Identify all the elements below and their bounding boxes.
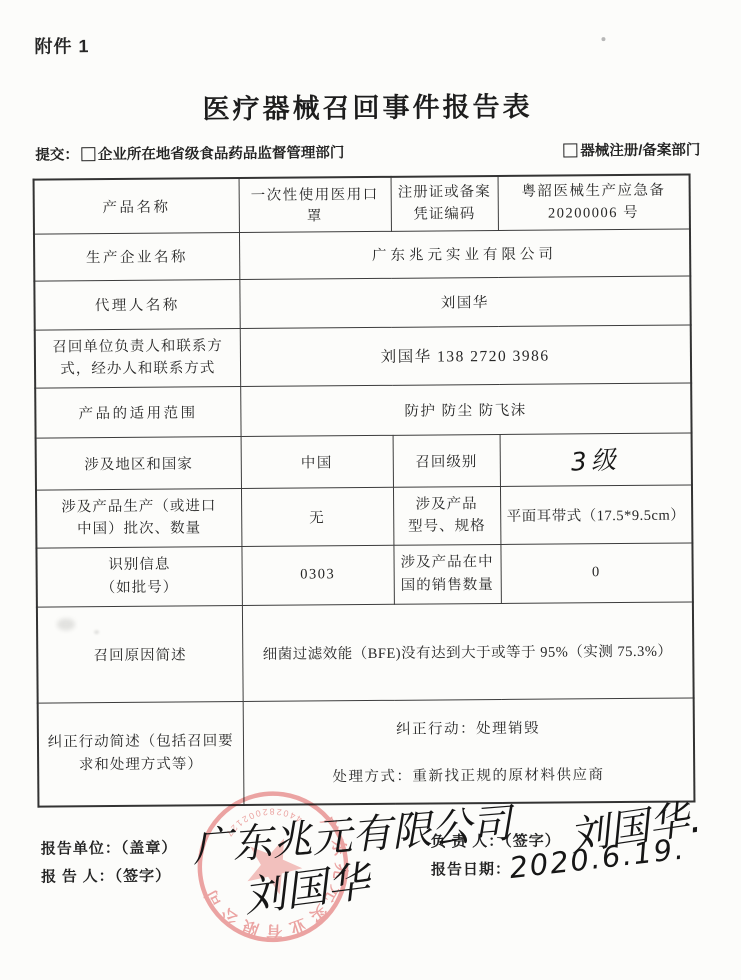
registration-code-label-line2: 凭证编码 xyxy=(395,203,493,226)
recall-contact-label-line1: 召回单位负责人和联系方 xyxy=(40,335,236,359)
regions-value: 中国 xyxy=(241,435,393,488)
table-row-batches: 涉及产品生产（或进口 中国）批次、数量 无 涉及产品 型号、规格 平面耳带式（1… xyxy=(36,484,692,547)
table-row-scope: 产品的适用范围 防护 防尘 防飞沫 xyxy=(35,382,691,437)
submit-option-provincial: 提交： 企业所在地省级食品药品监督管理部门 xyxy=(35,141,344,164)
registration-code-value-line2: 20200006 号 xyxy=(502,202,685,226)
table-row-agent: 代理人名称 刘国华 xyxy=(34,275,690,329)
recall-contact-label-line2: 式，经办人和联系方式 xyxy=(40,357,236,381)
applicable-scope-value: 防护 防尘 防飞沫 xyxy=(240,382,691,436)
report-date-label: 报告日期： xyxy=(431,858,511,880)
table-row-corrective: 纠正行动简述（包括召回要 求和处理方式等） 纠正行动：处理销毁 处理方式：重新找… xyxy=(38,697,695,806)
identification-label-line2: （如批号） xyxy=(42,576,238,600)
scan-speck xyxy=(601,37,605,41)
manufacturer-label: 生产企业名称 xyxy=(34,232,239,281)
recall-contact-value: 刘国华 138 2720 3986 xyxy=(240,324,691,386)
model-spec-label: 涉及产品 型号、规格 xyxy=(393,486,500,545)
regions-label: 涉及地区和国家 xyxy=(36,436,241,490)
china-sales-label-line2: 国的销售数量 xyxy=(398,574,496,597)
submit-line: 提交： 企业所在地省级食品药品监督管理部门 器械注册/备案部门 xyxy=(35,138,700,164)
corrective-action-label-line1: 纠正行动简述（包括召回要 xyxy=(43,730,239,754)
recall-contact-label: 召回单位负责人和联系方 式，经办人和联系方式 xyxy=(35,328,240,388)
batches-value: 无 xyxy=(241,487,393,546)
registration-code-value: 粤韶医械生产应急备 20200006 号 xyxy=(498,174,690,230)
table-row-product: 产品名称 一次性使用医用口罩 注册证或备案 凭证编码 粤韶医械生产应急备 202… xyxy=(34,174,690,233)
page-title: 医疗器械召回事件报告表 xyxy=(0,83,738,128)
product-name-label: 产品名称 xyxy=(34,178,239,234)
handwritten-recall-level: 3级 xyxy=(570,440,621,479)
applicable-scope-label: 产品的适用范围 xyxy=(35,386,240,438)
identification-label: 识别信息 （如批号） xyxy=(36,546,241,607)
attachment-label: 附件 1 xyxy=(34,32,89,58)
scan-smudge xyxy=(57,618,75,630)
agent-label: 代理人名称 xyxy=(34,279,239,330)
table-row-contact: 召回单位负责人和联系方 式，经办人和联系方式 刘国华 138 2720 3986 xyxy=(35,324,691,387)
submit-option-registration: 器械注册/备案部门 xyxy=(562,138,700,160)
report-unit-label: 报告单位：（盖章） xyxy=(41,837,178,859)
batches-label: 涉及产品生产（或进口 中国）批次、数量 xyxy=(36,488,241,548)
checkbox-icon xyxy=(81,147,95,161)
submit-option-provincial-label: 企业所在地省级食品药品监督管理部门 xyxy=(98,141,345,164)
scan-speck xyxy=(94,630,99,634)
china-sales-label-line1: 涉及产品在中 xyxy=(398,551,496,574)
registration-code-label-line1: 注册证或备案 xyxy=(395,181,493,204)
agent-value: 刘国华 xyxy=(239,275,690,328)
identification-label-line1: 识别信息 xyxy=(41,553,237,577)
recall-level-label: 召回级别 xyxy=(393,434,500,487)
checkbox-icon xyxy=(563,143,577,157)
recall-level-value: 3级 xyxy=(500,432,692,486)
batches-label-line2: 中国）批次、数量 xyxy=(41,517,237,541)
recall-reason-value: 细菌过滤效能（BFE)没有达到大于或等于 95%（实测 75.3%） xyxy=(242,601,694,701)
corrective-action-line1: 纠正行动：处理销毁 xyxy=(247,715,689,739)
table-row-reason: 召回原因简述 细菌过滤效能（BFE)没有达到大于或等于 95%（实测 75.3%… xyxy=(37,601,694,702)
recall-report-table: 产品名称 一次性使用医用口罩 注册证或备案 凭证编码 粤韶医械生产应急备 202… xyxy=(33,173,696,807)
model-spec-label-line2: 型号、规格 xyxy=(398,515,496,538)
reporter-label: 报 告 人：（签字） xyxy=(41,865,171,887)
identification-value: 0303 xyxy=(241,545,393,605)
document-sheet: 附件 1 医疗器械召回事件报告表 提交： 企业所在地省级食品药品监督管理部门 器… xyxy=(0,0,741,980)
registration-code-value-line1: 粤韶医械生产应急备 xyxy=(502,179,685,203)
batches-label-line1: 涉及产品生产（或进口 xyxy=(41,495,237,519)
registration-code-label: 注册证或备案 凭证编码 xyxy=(391,176,498,231)
corrective-action-label-line2: 求和处理方式等） xyxy=(43,753,239,777)
table-row-region: 涉及地区和国家 中国 召回级别 3级 xyxy=(36,432,692,489)
submit-prefix: 提交： xyxy=(35,143,79,164)
model-spec-label-line1: 涉及产品 xyxy=(398,493,496,516)
china-sales-label: 涉及产品在中 国的销售数量 xyxy=(393,544,500,604)
submit-option-registration-label: 器械注册/备案部门 xyxy=(580,138,700,160)
scanned-recall-report-page: 附件 1 医疗器械召回事件报告表 提交： 企业所在地省级食品药品监督管理部门 器… xyxy=(0,0,741,980)
product-name-value: 一次性使用医用口罩 xyxy=(239,177,391,232)
china-sales-value: 0 xyxy=(500,542,692,603)
model-spec-value: 平面耳带式（17.5*9.5cm） xyxy=(500,484,692,544)
table-row-identification: 识别信息 （如批号） 0303 涉及产品在中 国的销售数量 0 xyxy=(36,542,692,606)
manufacturer-value: 广东兆元实业有限公司 xyxy=(239,228,690,279)
table-row-manufacturer: 生产企业名称 广东兆元实业有限公司 xyxy=(34,228,690,280)
